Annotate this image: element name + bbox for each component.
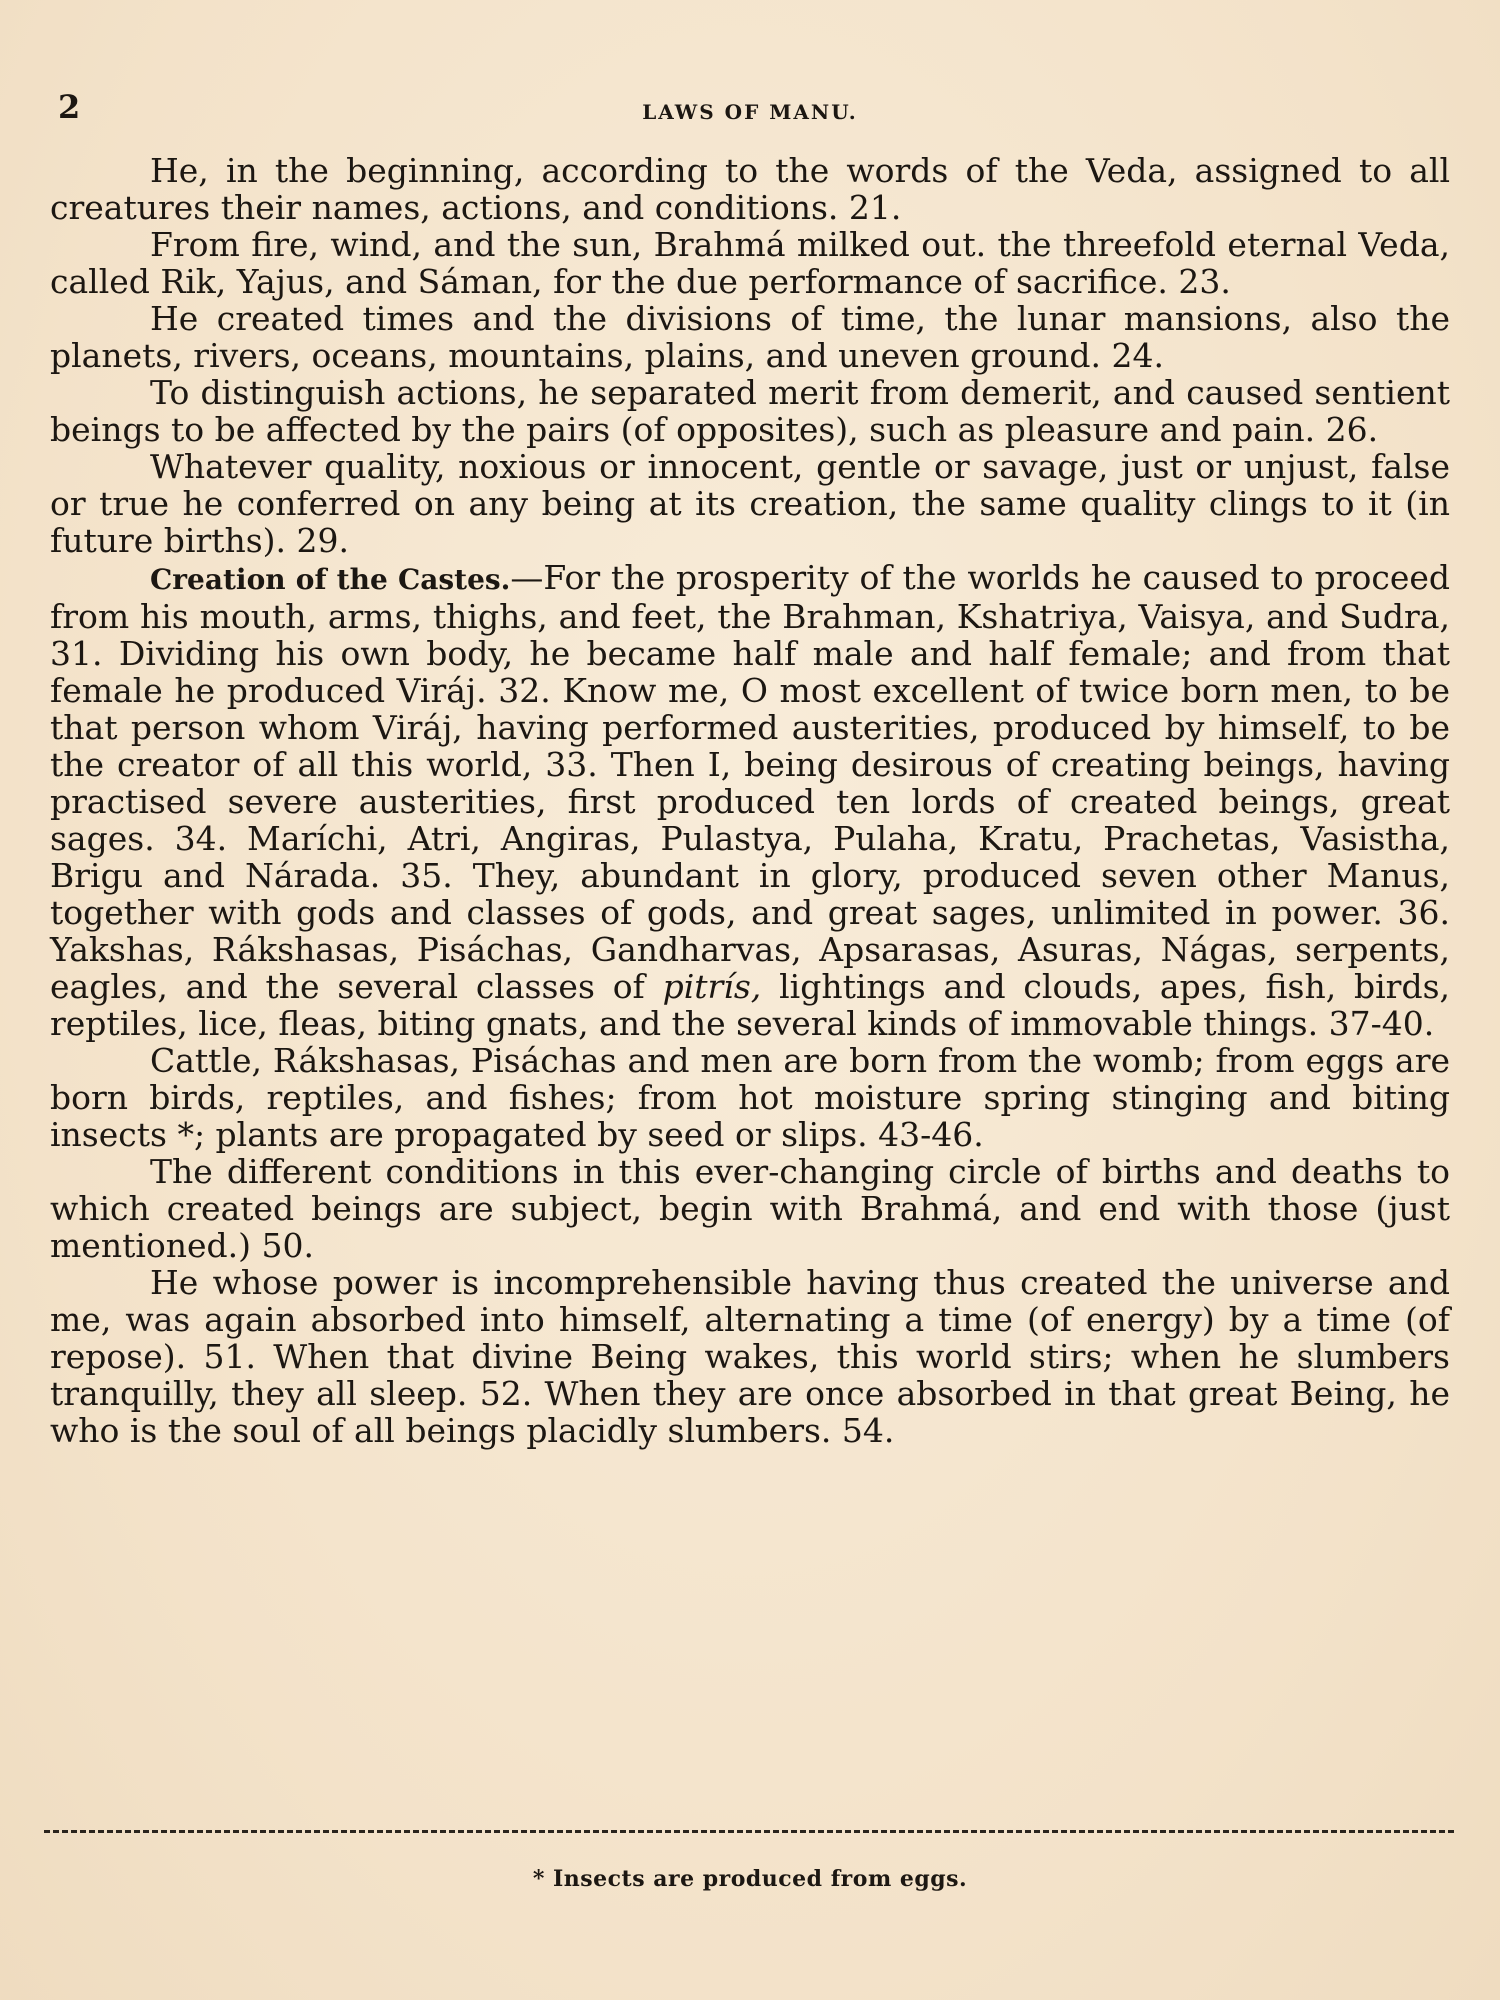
paragraph-51-54: He whose power is incomprehensible havin… — [50, 1264, 1450, 1449]
footnote: * Insects are produced from eggs. — [0, 1866, 1500, 1892]
paragraph-23: From fire, wind, and the sun, Brahmá mil… — [50, 226, 1450, 300]
paragraph-29: Whatever quality, noxious or innocent, g… — [50, 448, 1450, 559]
footnote-divider — [44, 1830, 1454, 1833]
running-head: 2 LAWS OF MANU. — [58, 88, 1442, 128]
paragraph-43-46: Cattle, Rákshasas, Pisáchas and men are … — [50, 1042, 1450, 1153]
paragraph-26: To distinguish actions, he separated mer… — [50, 374, 1450, 448]
body-text: He, in the beginning, according to the w… — [50, 152, 1450, 1449]
italic-term: pitrís, — [663, 967, 762, 1006]
sidenote-heading: Creation of the Castes. — [150, 563, 510, 596]
paragraph-text: —For the prosperity of the worlds he cau… — [50, 558, 1450, 1006]
book-page: 2 LAWS OF MANU. He, in the beginning, ac… — [0, 0, 1500, 2000]
paragraph-50: The different conditions in this ever-ch… — [50, 1153, 1450, 1264]
paragraph-castes: Creation of the Castes.—For the prosperi… — [50, 559, 1450, 1042]
paragraph-21: He, in the beginning, according to the w… — [50, 152, 1450, 226]
running-title: LAWS OF MANU. — [58, 100, 1442, 124]
paragraph-24: He created times and the divisions of ti… — [50, 300, 1450, 374]
